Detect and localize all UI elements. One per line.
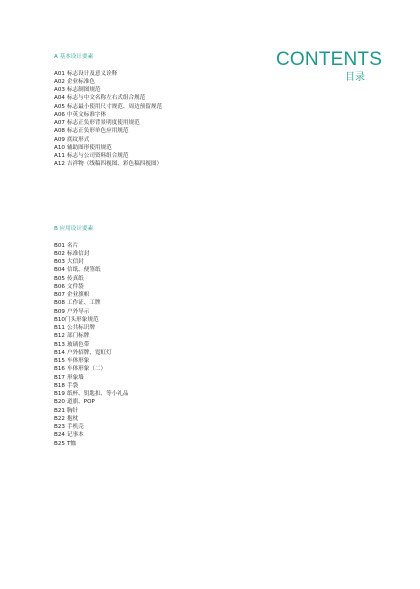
toc-label: 道旗、POP	[67, 399, 95, 405]
section-header: A 基本设计要素	[54, 53, 162, 61]
toc-code: B02	[54, 250, 65, 258]
toc-label: 玻璃色带	[67, 342, 89, 348]
toc-label: 抱枕	[67, 416, 78, 422]
toc-item[interactable]: A12吉祥物（线稿四视图、彩色稿四视图）	[54, 160, 162, 168]
toc-label: 标志正负形单色应用规范	[67, 128, 129, 134]
toc-label: 户外招牌、霓虹灯	[67, 350, 112, 356]
toc-code: B15	[54, 357, 65, 365]
toc-code: B24	[54, 431, 65, 439]
toc-label: 吉祥物（线稿四视图、彩色稿四视图）	[67, 161, 162, 167]
toc-label: 手机壳	[67, 424, 84, 430]
toc-code: B19	[54, 390, 65, 398]
toc-label: 企业旗帜	[67, 292, 89, 298]
toc-label: 标志最小使用尺寸规范、周边预留规范	[67, 104, 162, 110]
toc-code: B18	[54, 382, 65, 390]
toc-label: 车体形象	[67, 358, 89, 364]
toc-label: 记事本	[67, 432, 84, 438]
toc-label: 名片	[67, 243, 78, 249]
toc-code: B05	[54, 275, 65, 283]
toc-label: 纸杯、钥匙扣、等小礼品	[67, 391, 129, 397]
toc-label: T恤	[67, 441, 76, 447]
toc-code: B06	[54, 283, 65, 291]
section-header: B 应用设计要素	[54, 225, 129, 233]
toc-code: B03	[54, 258, 65, 266]
toc-code: B10	[54, 316, 65, 324]
toc-item[interactable]: B19纸杯、钥匙扣、等小礼品	[54, 390, 129, 398]
toc-item[interactable]: B04信纸、便签纸	[54, 266, 129, 274]
toc-item[interactable]: B20道旗、POP	[54, 398, 129, 406]
toc-label: 车体形象（二）	[67, 366, 106, 372]
toc-code: A03	[54, 86, 65, 94]
toc-label: 户外导示	[67, 309, 89, 315]
toc-item[interactable]: B24记事本	[54, 431, 129, 439]
toc-item[interactable]: B16车体形象（二）	[54, 365, 129, 373]
toc-item[interactable]: B15车体形象	[54, 357, 129, 365]
toc-label: 标准信封	[67, 251, 89, 257]
toc-code: B07	[54, 291, 65, 299]
toc-label: 文件袋	[67, 284, 84, 290]
toc-item[interactable]: A08标志正负形单色应用规范	[54, 127, 162, 135]
toc-label: 形象墙	[67, 375, 84, 381]
section-b-application-design: B 应用设计要素 B01名片 B02标准信封 B03大信封 B04信纸、便签纸 …	[54, 225, 129, 448]
toc-code: A12	[54, 160, 65, 168]
toc-label: 胸针	[67, 408, 78, 414]
toc-item[interactable]: B12部门标牌	[54, 332, 129, 340]
toc-label: 标志正负形背景明度使用规范	[67, 120, 140, 126]
toc-code: B22	[54, 415, 65, 423]
toc-list: A01标志设计及意义诠释 A02企业标准色 A03标志制图规范 A04标志与中文…	[54, 70, 162, 169]
toc-item[interactable]: B01名片	[54, 242, 129, 250]
toc-item[interactable]: B09户外导示	[54, 308, 129, 316]
toc-code: B12	[54, 332, 65, 340]
toc-code: B20	[54, 398, 65, 406]
toc-item[interactable]: B11公共标识牌	[54, 324, 129, 332]
toc-label: 标志设计及意义诠释	[67, 71, 117, 77]
toc-label: 标志制图规范	[67, 87, 101, 93]
toc-label: 传真纸	[67, 276, 84, 282]
toc-label: 工作证、工牌	[67, 300, 101, 306]
toc-item[interactable]: A07标志正负形背景明度使用规范	[54, 119, 162, 127]
toc-item[interactable]: A04标志与中文名称左右式组合规范	[54, 94, 162, 102]
toc-item[interactable]: B07企业旗帜	[54, 291, 129, 299]
toc-item[interactable]: B14户外招牌、霓虹灯	[54, 349, 129, 357]
toc-label: 底纹形式	[67, 137, 89, 143]
toc-item[interactable]: B05传真纸	[54, 275, 129, 283]
contents-subtitle: 目录	[345, 72, 365, 84]
toc-item[interactable]: A05标志最小使用尺寸规范、周边预留规范	[54, 103, 162, 111]
toc-item[interactable]: B03大信封	[54, 258, 129, 266]
toc-code: A11	[54, 152, 65, 160]
toc-item[interactable]: B18手袋	[54, 382, 129, 390]
contents-title: CONTENTS	[276, 50, 382, 70]
toc-code: A07	[54, 119, 65, 127]
toc-item[interactable]: A06中英文标准字体	[54, 111, 162, 119]
toc-label: 信纸、便签纸	[67, 267, 101, 273]
toc-item[interactable]: A11标志与公司资料组合规范	[54, 152, 162, 160]
toc-item[interactable]: A10辅助图形使用规范	[54, 144, 162, 152]
toc-code: B25	[54, 440, 65, 448]
toc-item[interactable]: B10门头形象规范	[54, 316, 129, 324]
toc-item[interactable]: B22抱枕	[54, 415, 129, 423]
toc-label: 辅助图形使用规范	[67, 145, 112, 151]
toc-item[interactable]: B06文件袋	[54, 283, 129, 291]
toc-code: A10	[54, 144, 65, 152]
toc-code: B04	[54, 266, 65, 274]
toc-code: B08	[54, 299, 65, 307]
toc-code: A08	[54, 127, 65, 135]
toc-code: A05	[54, 103, 65, 111]
toc-label: 部门标牌	[67, 333, 89, 339]
toc-code: B21	[54, 407, 65, 415]
toc-label: 标志与公司资料组合规范	[67, 153, 129, 159]
toc-list: B01名片 B02标准信封 B03大信封 B04信纸、便签纸 B05传真纸 B0…	[54, 242, 129, 448]
toc-label: 中英文标准字体	[67, 112, 106, 118]
toc-code: B13	[54, 341, 65, 349]
toc-code: B11	[54, 324, 65, 332]
toc-label: 标志与中文名称左右式组合规范	[67, 95, 145, 101]
toc-code: A04	[54, 94, 65, 102]
toc-item[interactable]: B02标准信封	[54, 250, 129, 258]
toc-item[interactable]: B23手机壳	[54, 423, 129, 431]
toc-item[interactable]: B21胸针	[54, 407, 129, 415]
toc-label: 手袋	[67, 383, 78, 389]
toc-item[interactable]: B08工作证、工牌	[54, 299, 129, 307]
toc-item[interactable]: A02企业标准色	[54, 78, 162, 86]
toc-code: A09	[54, 136, 65, 144]
toc-code: B14	[54, 349, 65, 357]
toc-label: 大信封	[67, 259, 84, 265]
toc-item[interactable]: B17形象墙	[54, 374, 129, 382]
toc-label: 公共标识牌	[67, 325, 95, 331]
toc-item[interactable]: B25T恤	[54, 440, 129, 448]
toc-item[interactable]: B13玻璃色带	[54, 341, 129, 349]
toc-item[interactable]: A03标志制图规范	[54, 86, 162, 94]
toc-code: A01	[54, 70, 65, 78]
toc-code: B17	[54, 374, 65, 382]
toc-code: B16	[54, 365, 65, 373]
toc-item[interactable]: A09底纹形式	[54, 136, 162, 144]
toc-label: 企业标准色	[67, 79, 95, 85]
toc-code: A06	[54, 111, 65, 119]
toc-code: B23	[54, 423, 65, 431]
toc-label: 门头形象规范	[65, 317, 99, 323]
toc-code: B09	[54, 308, 65, 316]
toc-item[interactable]: A01标志设计及意义诠释	[54, 70, 162, 78]
toc-code: A02	[54, 78, 65, 86]
section-a-basic-design: A 基本设计要素 A01标志设计及意义诠释 A02企业标准色 A03标志制图规范…	[54, 53, 162, 169]
toc-code: B01	[54, 242, 65, 250]
